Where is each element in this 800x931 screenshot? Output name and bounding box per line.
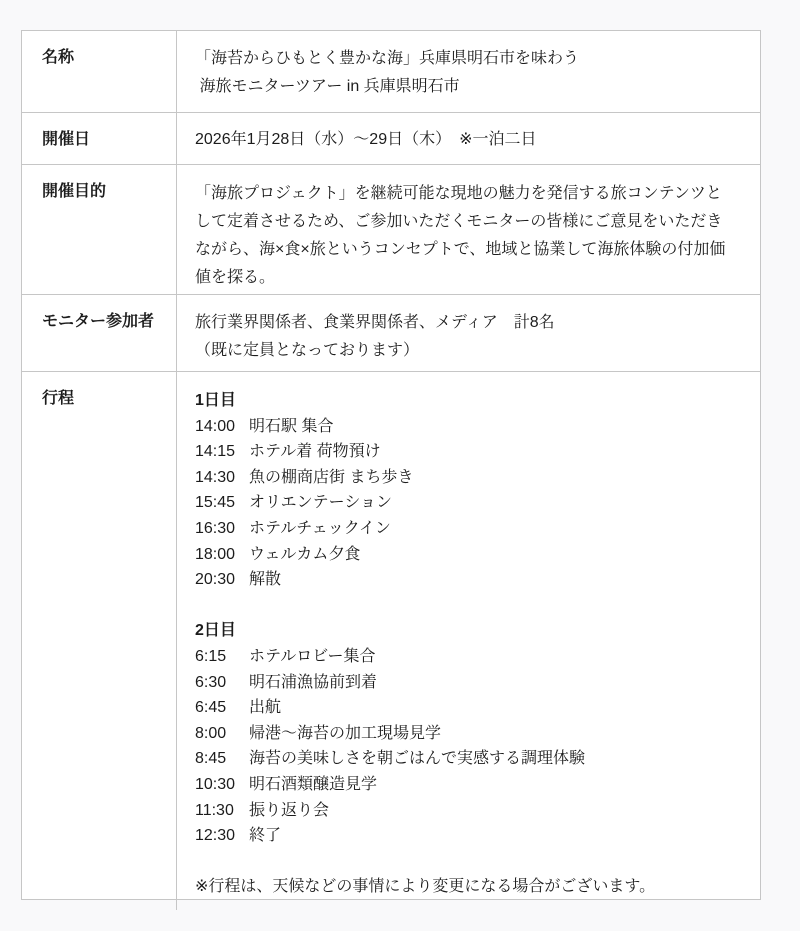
field-value-date: 2026年1月28日（水）～29日（木） ※一泊二日	[176, 113, 760, 164]
field-label-itinerary: 行程	[22, 372, 176, 910]
schedule-time: 16:30	[195, 516, 239, 542]
schedule-time: 12:30	[195, 823, 239, 849]
schedule-time: 8:45	[195, 746, 239, 772]
field-label-date: 開催日	[22, 113, 176, 164]
schedule-entry: 8:45海苔の美味しさを朝ごはんで実感する調理体験	[195, 746, 734, 772]
schedule-entry: 14:00明石駅 集合	[195, 414, 734, 440]
schedule-time: 14:00	[195, 414, 239, 440]
participants-line-1: 旅行業界関係者、食業界関係者、メディア 計8名	[195, 309, 734, 337]
schedule-time: 14:30	[195, 465, 239, 491]
field-value-purpose: 「海旅プロジェクト」を継続可能な現地の魅力を発信する旅コンテンツとして定着させる…	[176, 165, 760, 302]
schedule-activity: 振り返り会	[249, 802, 329, 819]
schedule-entry: 14:15ホテル着 荷物預け	[195, 439, 734, 465]
table-row-itinerary: 行程 1日目 14:00明石駅 集合 14:15ホテル着 荷物預け 14:30魚…	[22, 371, 760, 910]
schedule-activity: オリエンテーション	[249, 494, 392, 511]
schedule-entry: 6:15ホテルロビー集合	[195, 644, 734, 670]
schedule-time: 11:30	[195, 798, 239, 824]
event-date: 2026年1月28日（水）～29日（木） ※一泊二日	[195, 126, 734, 154]
field-label-purpose: 開催目的	[22, 165, 176, 302]
purpose-text: 「海旅プロジェクト」を継続可能な現地の魅力を発信する旅コンテンツとして定着させる…	[195, 180, 734, 292]
schedule-activity: 明石浦漁協前到着	[249, 674, 377, 691]
schedule-activity: 出航	[249, 699, 281, 716]
schedule-time: 6:15	[195, 644, 239, 670]
schedule-entry: 15:45オリエンテーション	[195, 490, 734, 516]
field-value-itinerary: 1日目 14:00明石駅 集合 14:15ホテル着 荷物預け 14:30魚の棚商…	[176, 372, 760, 910]
schedule-entry: 11:30振り返り会	[195, 798, 734, 824]
schedule-entry: 8:00帰港～海苔の加工現場見学	[195, 721, 734, 747]
schedule-entry: 10:30明石酒類醸造見学	[195, 772, 734, 798]
note-separator	[195, 849, 734, 875]
field-value-name: 「海苔からひもとく豊かな海」兵庫県明石市を味わう 海旅モニターツアー in 兵庫…	[176, 31, 760, 112]
schedule-entry: 12:30終了	[195, 823, 734, 849]
table-row-purpose: 開催目的 「海旅プロジェクト」を継続可能な現地の魅力を発信する旅コンテンツとして…	[22, 164, 760, 294]
schedule-time: 8:00	[195, 721, 239, 747]
schedule-entry: 6:45出航	[195, 695, 734, 721]
schedule-activity: ホテルロビー集合	[249, 648, 376, 665]
schedule-activity: 明石酒類醸造見学	[249, 776, 377, 793]
schedule-activity: ウェルカム夕食	[249, 546, 360, 563]
schedule-time: 6:45	[195, 695, 239, 721]
day2-title: 2日目	[195, 618, 734, 644]
schedule-activity: 帰港～海苔の加工現場見学	[249, 725, 441, 742]
field-label-participants: モニター参加者	[22, 295, 176, 375]
day1-title: 1日目	[195, 388, 734, 414]
schedule-time: 14:15	[195, 439, 239, 465]
schedule-entry: 6:30明石浦漁協前到着	[195, 670, 734, 696]
tour-title-line-1: 「海苔からひもとく豊かな海」兵庫県明石市を味わう	[195, 45, 734, 73]
schedule-entry: 18:00ウェルカム夕食	[195, 542, 734, 568]
schedule-activity: 解散	[249, 571, 281, 588]
day-separator	[195, 593, 734, 619]
tour-overview-table: 名称 「海苔からひもとく豊かな海」兵庫県明石市を味わう 海旅モニターツアー in…	[21, 30, 761, 900]
schedule-entry: 20:30解散	[195, 567, 734, 593]
schedule-activity: 魚の棚商店街 まち歩き	[249, 469, 413, 486]
schedule-activity: ホテル着 荷物預け	[249, 443, 381, 460]
table-row-participants: モニター参加者 旅行業界関係者、食業界関係者、メディア 計8名 （既に定員となっ…	[22, 294, 760, 371]
schedule-activity: 明石駅 集合	[249, 418, 333, 435]
schedule-time: 6:30	[195, 670, 239, 696]
schedule-activity: 終了	[249, 827, 281, 844]
field-value-participants: 旅行業界関係者、食業界関係者、メディア 計8名 （既に定員となっております）	[176, 295, 760, 375]
tour-title-line-2: 海旅モニターツアー in 兵庫県明石市	[195, 73, 734, 101]
table-row-name: 名称 「海苔からひもとく豊かな海」兵庫県明石市を味わう 海旅モニターツアー in…	[22, 31, 760, 112]
schedule-activity: ホテルチェックイン	[249, 520, 391, 537]
schedule-time: 18:00	[195, 542, 239, 568]
page: { "page": { "background_color": "#f9f9fa…	[0, 0, 800, 931]
schedule-time: 10:30	[195, 772, 239, 798]
schedule-time: 15:45	[195, 490, 239, 516]
schedule-time: 20:30	[195, 567, 239, 593]
schedule-entry: 14:30魚の棚商店街 まち歩き	[195, 465, 734, 491]
table-row-date: 開催日 2026年1月28日（水）～29日（木） ※一泊二日	[22, 112, 760, 164]
schedule-activity: 海苔の美味しさを朝ごはんで実感する調理体験	[249, 750, 585, 767]
field-label-name: 名称	[22, 31, 176, 112]
schedule-entry: 16:30ホテルチェックイン	[195, 516, 734, 542]
participants-line-2: （既に定員となっております）	[195, 337, 734, 365]
itinerary-disclaimer: ※行程は、天候などの事情により変更になる場合がございます。	[195, 874, 734, 900]
